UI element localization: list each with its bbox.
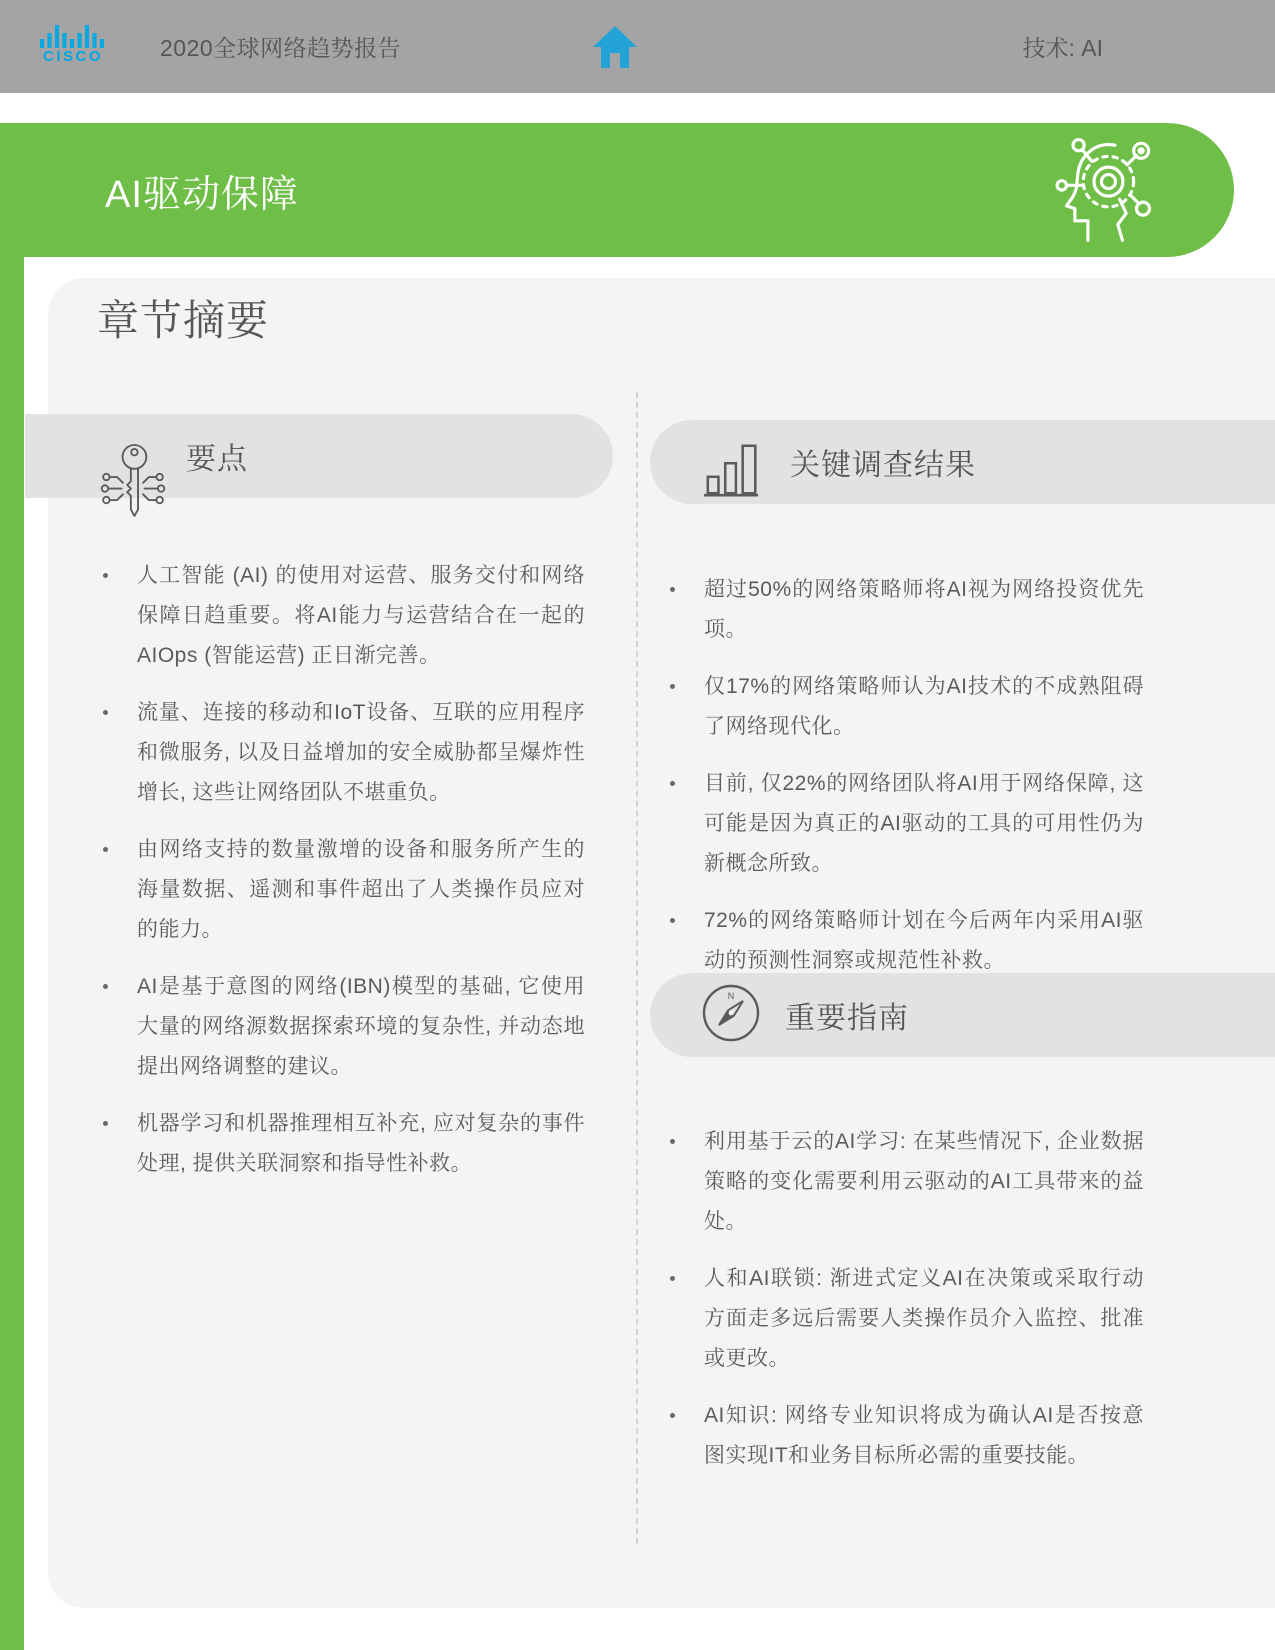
svg-text:N: N <box>728 991 735 1001</box>
list-item: AI知识: 网络专业知识将成为确认AI是否按意图实现IT和业务目标所必需的重要技… <box>704 1396 1144 1476</box>
cisco-logo-text: CISCO <box>38 49 108 65</box>
key-points-title: 要点 <box>186 434 248 478</box>
report-page: CISCO 2020全球网络趋势报告 技术: AI AI驱动保障 <box>0 0 1275 1650</box>
key-findings-list: 超过50%的网络策略师将AI视为网络投资优先项。 仅17%的网络策略师认为AI技… <box>704 570 1144 998</box>
guidance-list: 利用基于云的AI学习: 在某些情况下, 企业数据策略的变化需要利用云驱动的AI工… <box>704 1122 1144 1493</box>
compass-icon: N <box>700 982 762 1044</box>
guidance-title: 重要指南 <box>785 993 909 1037</box>
list-item: AI是基于意图的网络(IBN)模型的基础, 它使用大量的网络源数据探索环境的复杂… <box>137 967 585 1087</box>
key-icon <box>97 430 169 532</box>
section-title: 章节摘要 <box>97 288 269 348</box>
list-item: 利用基于云的AI学习: 在某些情况下, 企业数据策略的变化需要利用云驱动的AI工… <box>704 1122 1144 1242</box>
ai-head-icon <box>1040 134 1162 246</box>
list-item: 人和AI联锁: 渐进式定义AI在决策或采取行动方面走多远后需要人类操作员介入监控… <box>704 1259 1144 1379</box>
list-item: 流量、连接的移动和IoT设备、互联的应用程序和微服务, 以及日益增加的安全威胁都… <box>137 693 585 813</box>
left-accent-strip <box>0 123 24 1650</box>
list-item: 人工智能 (AI) 的使用对运营、服务交付和网络保障日趋重要。将AI能力与运营结… <box>137 556 585 676</box>
list-item: 机器学习和机器推理相互补充, 应对复杂的事件处理, 提供关联洞察和指导性补救。 <box>137 1104 585 1184</box>
list-item: 目前, 仅22%的网络团队将AI用于网络保障, 这可能是因为真正的AI驱动的工具… <box>704 764 1144 884</box>
cisco-logo: CISCO <box>38 21 108 73</box>
list-item: 72%的网络策略师计划在今后两年内采用AI驱动的预测性洞察或规范性补救。 <box>704 901 1144 981</box>
chapter-title: AI驱动保障 <box>105 123 299 257</box>
key-points-list: 人工智能 (AI) 的使用对运营、服务交付和网络保障日趋重要。将AI能力与运营结… <box>137 556 585 1201</box>
bar-chart-icon <box>702 440 764 500</box>
key-findings-title: 关键调查结果 <box>790 440 976 484</box>
header-context-label: 技术: AI <box>1022 0 1103 93</box>
list-item: 超过50%的网络策略师将AI视为网络投资优先项。 <box>704 570 1144 650</box>
chapter-hero-banner: AI驱动保障 <box>0 123 1234 257</box>
list-item: 仅17%的网络策略师认为AI技术的不成熟阻碍了网络现代化。 <box>704 667 1144 747</box>
column-divider <box>636 392 638 1544</box>
report-title: 2020全球网络趋势报告 <box>160 0 401 93</box>
top-header-bar: CISCO 2020全球网络趋势报告 技术: AI <box>0 0 1275 93</box>
list-item: 由网络支持的数量激增的设备和服务所产生的海量数据、遥测和事件超出了人类操作员应对… <box>137 830 585 950</box>
home-icon[interactable] <box>590 22 640 72</box>
cisco-logo-bars <box>40 21 106 49</box>
